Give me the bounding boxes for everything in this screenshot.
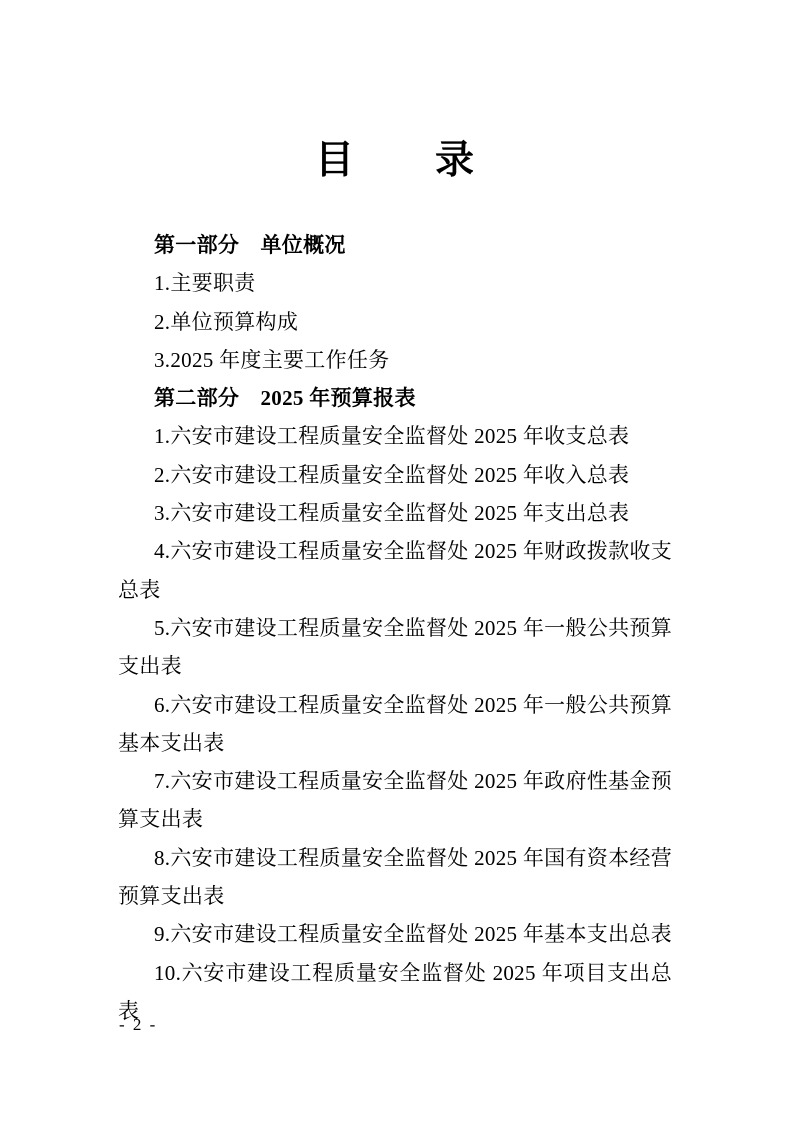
toc-item-part2-5: 5.六安市建设工程质量安全监督处 2025 年一般公共预算支出表 [118, 609, 672, 686]
toc-item-part1-3: 3.2025 年度主要工作任务 [118, 341, 672, 379]
toc-item-part2-4: 4.六安市建设工程质量安全监督处 2025 年财政拨款收支总表 [118, 532, 672, 609]
table-of-contents: 第一部分 单位概况 1.主要职责 2.单位预算构成 3.2025 年度主要工作任… [118, 226, 672, 1030]
toc-item-part1-1: 1.主要职责 [118, 264, 672, 302]
toc-item-part2-7: 7.六安市建设工程质量安全监督处 2025 年政府性基金预算支出表 [118, 762, 672, 839]
document-page: 目 录 第一部分 单位概况 1.主要职责 2.单位预算构成 3.2025 年度主… [0, 0, 793, 1122]
toc-section-heading-part1: 第一部分 单位概况 [118, 226, 672, 264]
toc-item-part2-1: 1.六安市建设工程质量安全监督处 2025 年收支总表 [118, 417, 672, 455]
toc-item-part2-9: 9.六安市建设工程质量安全监督处 2025 年基本支出总表 [118, 915, 672, 953]
page-number: - 2 - [119, 1013, 157, 1037]
toc-item-part2-8: 8.六安市建设工程质量安全监督处 2025 年国有资本经营预算支出表 [118, 839, 672, 916]
page-title: 目 录 [118, 138, 672, 185]
toc-section-heading-part2: 第二部分 2025 年预算报表 [118, 379, 672, 417]
toc-item-part2-10: 10.六安市建设工程质量安全监督处 2025 年项目支出总表 [118, 954, 672, 1031]
toc-item-part2-3: 3.六安市建设工程质量安全监督处 2025 年支出总表 [118, 494, 672, 532]
toc-item-part2-2: 2.六安市建设工程质量安全监督处 2025 年收入总表 [118, 456, 672, 494]
toc-item-part2-6: 6.六安市建设工程质量安全监督处 2025 年一般公共预算基本支出表 [118, 686, 672, 763]
toc-item-part1-2: 2.单位预算构成 [118, 303, 672, 341]
